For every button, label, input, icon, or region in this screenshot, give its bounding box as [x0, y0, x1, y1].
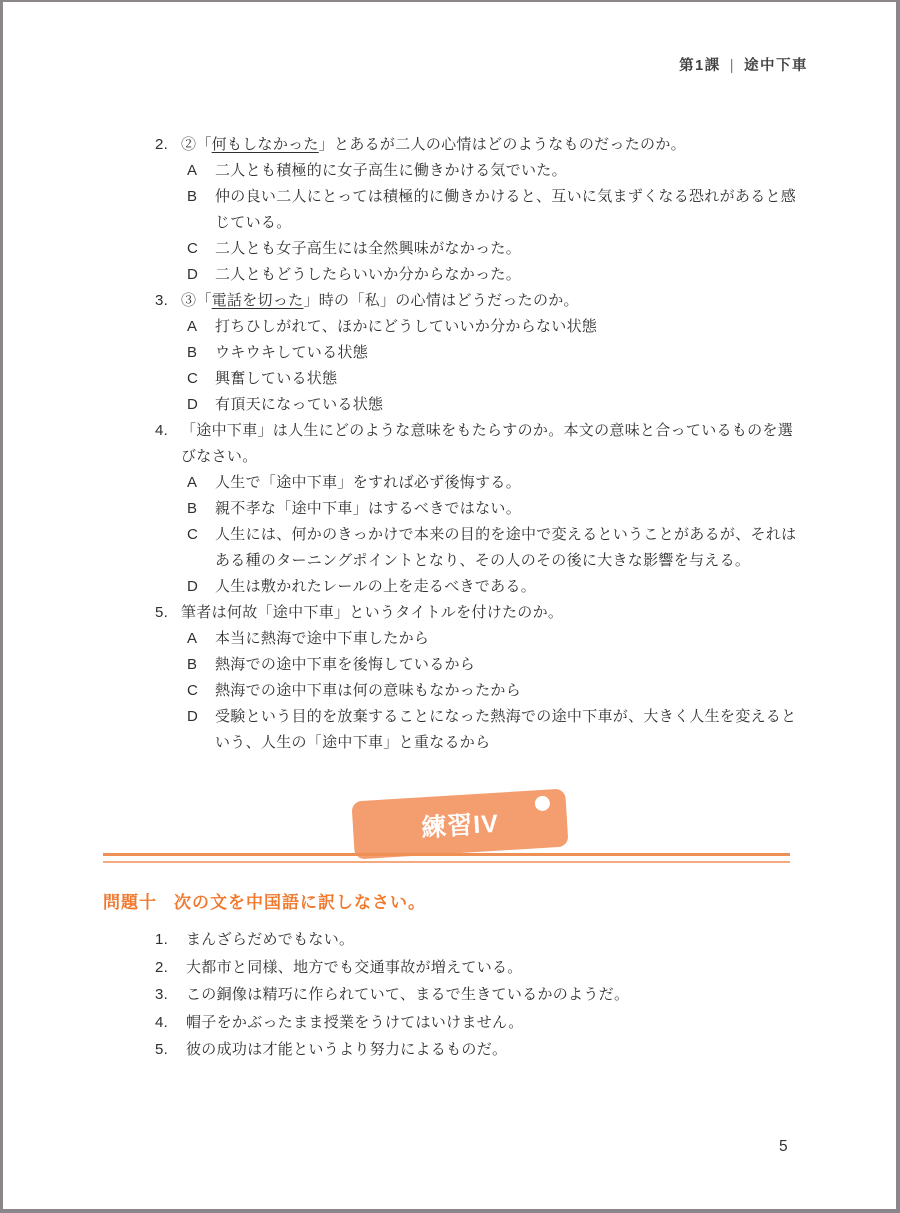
- list-item: 4. 帽子をかぶったまま授業をうけてはいけません。: [155, 1009, 815, 1037]
- question-body: 「途中下車」は人生にどのような意味をもたらすのか。本文の意味と合っているものを選…: [181, 418, 820, 600]
- list-item-text: 帽子をかぶったまま授業をうけてはいけません。: [186, 1009, 524, 1037]
- option-c: C 興奮している状態: [181, 366, 820, 392]
- question-number: 4.: [155, 418, 181, 600]
- option-letter: A: [181, 314, 215, 340]
- option-d: D 二人ともどうしたらいいか分からなかった。: [181, 262, 820, 288]
- option-d: D 有頂天になっている状態: [181, 392, 820, 418]
- option-letter: D: [181, 574, 215, 600]
- option-text: 有頂天になっている状態: [215, 392, 383, 418]
- list-item-text: この銅像は精巧に作られていて、まるで生きているかのようだ。: [186, 981, 629, 1009]
- option-text: 人生には、何かのきっかけで本来の目的を途中で変えるということがあるが、それはある…: [215, 522, 805, 574]
- badge-dot: [534, 795, 550, 811]
- lesson-title: 途中下車: [744, 58, 808, 74]
- option-letter: A: [181, 470, 215, 496]
- circled-number: ③: [181, 292, 196, 309]
- option-text: 二人ともどうしたらいいか分からなかった。: [215, 262, 521, 288]
- section-divider-bottom-rule: [103, 861, 790, 863]
- list-item: 5. 彼の成功は才能というより努力によるものだ。: [155, 1036, 815, 1064]
- option-d: D 人生は敷かれたレールの上を走るべきである。: [181, 574, 820, 600]
- question-3: 3. ③「電話を切った」時の「私」の心情はどうだったのか。 A 打ちひしがれて、…: [155, 288, 820, 418]
- question-text-post: 」時の「私」の心情はどうだったのか。: [303, 292, 578, 309]
- list-item-text: まんざらだめでもない。: [186, 926, 354, 954]
- page-number: 5: [779, 1138, 788, 1156]
- question-text-underlined: 電話を切った: [212, 292, 304, 309]
- option-text: 打ちひしがれて、ほかにどうしていいか分からない状態: [215, 314, 597, 340]
- question-text: 筆者は何故「途中下車」というタイトルを付けたのか。: [181, 600, 801, 626]
- question-text-post: 」とあるが二人の心情はどのようなものだったのか。: [319, 136, 686, 153]
- question-text: 「途中下車」は人生にどのような意味をもたらすのか。本文の意味と合っているものを選…: [181, 418, 801, 470]
- option-text: 人生は敷かれたレールの上を走るべきである。: [215, 574, 536, 600]
- question-number: 3.: [155, 288, 181, 418]
- option-letter: B: [181, 340, 215, 366]
- question-text: ②「何もしなかった」とあるが二人の心情はどのようなものだったのか。: [181, 132, 801, 158]
- exercise-badge-label: 練習IV: [420, 804, 500, 845]
- option-a: A 打ちひしがれて、ほかにどうしていいか分からない状態: [181, 314, 820, 340]
- exercise-badge: 練習IV: [351, 789, 568, 860]
- option-text: ウキウキしている状態: [215, 340, 368, 366]
- question-5: 5. 筆者は何故「途中下車」というタイトルを付けたのか。 A 本当に熱海で途中下…: [155, 600, 820, 756]
- list-item: 3. この銅像は精巧に作られていて、まるで生きているかのようだ。: [155, 981, 815, 1009]
- option-b: B 熱海での途中下車を後悔しているから: [181, 652, 820, 678]
- option-c: C 人生には、何かのきっかけで本来の目的を途中で変えるということがあるが、それは…: [181, 522, 820, 574]
- question-number: 5.: [155, 600, 181, 756]
- question-text-underlined: 何もしなかった: [212, 136, 319, 153]
- question-number: 2.: [155, 132, 181, 288]
- option-letter: C: [181, 678, 215, 704]
- lesson-number: 第1課: [679, 58, 721, 74]
- option-text: 熱海での途中下車は何の意味もなかったから: [215, 678, 521, 704]
- option-text: 人生で「途中下車」をすれば必ず後悔する。: [215, 470, 521, 496]
- option-text: 本当に熱海で途中下車したから: [215, 626, 429, 652]
- translation-sentence-list: 1. まんざらだめでもない。 2. 大都市と同様、地方でも交通事故が増えている。…: [155, 926, 815, 1064]
- textbook-page: 第1課|途中下車 2. ②「何もしなかった」とあるが二人の心情はどのようなものだ…: [0, 0, 900, 1213]
- header-divider: |: [721, 58, 744, 74]
- option-letter: D: [181, 704, 215, 756]
- question-text-pre: 「途中下車」は人生にどのような意味をもたらすのか。本文の意味と合っているものを選…: [181, 422, 793, 465]
- option-b: B ウキウキしている状態: [181, 340, 820, 366]
- list-item-number: 1.: [155, 926, 186, 954]
- option-a: A 本当に熱海で途中下車したから: [181, 626, 820, 652]
- question-body: 筆者は何故「途中下車」というタイトルを付けたのか。 A 本当に熱海で途中下車した…: [181, 600, 820, 756]
- list-item-number: 5.: [155, 1036, 186, 1064]
- question-2: 2. ②「何もしなかった」とあるが二人の心情はどのようなものだったのか。 A 二…: [155, 132, 820, 288]
- option-text: 二人とも積極的に女子高生に働きかける気でいた。: [215, 158, 567, 184]
- option-text: 仲の良い二人にとっては積極的に働きかけると、互いに気まずくなる恐れがあると感じて…: [215, 184, 805, 236]
- option-letter: B: [181, 496, 215, 522]
- question-body: ③「電話を切った」時の「私」の心情はどうだったのか。 A 打ちひしがれて、ほかに…: [181, 288, 820, 418]
- list-item-number: 2.: [155, 954, 186, 982]
- section-divider-top-rule: [103, 853, 790, 856]
- list-item-text: 彼の成功は才能というより努力によるものだ。: [186, 1036, 507, 1064]
- option-letter: D: [181, 262, 215, 288]
- option-b: B 仲の良い二人にとっては積極的に働きかけると、互いに気まずくなる恐れがあると感…: [181, 184, 820, 236]
- option-letter: A: [181, 158, 215, 184]
- option-text: 興奮している状態: [215, 366, 337, 392]
- option-letter: A: [181, 626, 215, 652]
- list-item: 2. 大都市と同様、地方でも交通事故が増えている。: [155, 954, 815, 982]
- option-c: C 熱海での途中下車は何の意味もなかったから: [181, 678, 820, 704]
- list-item-number: 4.: [155, 1009, 186, 1037]
- option-letter: C: [181, 236, 215, 262]
- option-letter: D: [181, 392, 215, 418]
- option-letter: C: [181, 522, 215, 574]
- list-item: 1. まんざらだめでもない。: [155, 926, 815, 954]
- circled-number: ②: [181, 136, 196, 153]
- question-text-pre: 「: [196, 292, 211, 309]
- option-c: C 二人とも女子高生には全然興味がなかった。: [181, 236, 820, 262]
- option-d: D 受験という目的を放棄することになった熱海での途中下車が、大きく人生を変えると…: [181, 704, 820, 756]
- option-text: 親不孝な「途中下車」はするべきではない。: [215, 496, 521, 522]
- list-item-number: 3.: [155, 981, 186, 1009]
- option-text: 二人とも女子高生には全然興味がなかった。: [215, 236, 521, 262]
- option-letter: B: [181, 652, 215, 678]
- list-item-text: 大都市と同様、地方でも交通事故が増えている。: [186, 954, 523, 982]
- page-header: 第1課|途中下車: [679, 54, 808, 75]
- problem-heading: 問題十次の文を中国語に訳しなさい。: [103, 888, 426, 913]
- question-4: 4. 「途中下車」は人生にどのような意味をもたらすのか。本文の意味と合っているも…: [155, 418, 820, 600]
- option-letter: B: [181, 184, 215, 236]
- question-text: ③「電話を切った」時の「私」の心情はどうだったのか。: [181, 288, 801, 314]
- problem-label: 問題十: [103, 893, 157, 912]
- question-text-pre: 「: [196, 136, 211, 153]
- option-a: A 二人とも積極的に女子高生に働きかける気でいた。: [181, 158, 820, 184]
- problem-instruction: 次の文を中国語に訳しなさい。: [174, 893, 426, 912]
- option-text: 受験という目的を放棄することになった熱海での途中下車が、大きく人生を変えるという…: [215, 704, 805, 756]
- option-text: 熱海での途中下車を後悔しているから: [215, 652, 475, 678]
- option-b: B 親不孝な「途中下車」はするべきではない。: [181, 496, 820, 522]
- question-section: 2. ②「何もしなかった」とあるが二人の心情はどのようなものだったのか。 A 二…: [155, 132, 820, 756]
- question-body: ②「何もしなかった」とあるが二人の心情はどのようなものだったのか。 A 二人とも…: [181, 132, 820, 288]
- question-text-pre: 筆者は何故「途中下車」というタイトルを付けたのか。: [181, 604, 563, 621]
- option-letter: C: [181, 366, 215, 392]
- option-a: A 人生で「途中下車」をすれば必ず後悔する。: [181, 470, 820, 496]
